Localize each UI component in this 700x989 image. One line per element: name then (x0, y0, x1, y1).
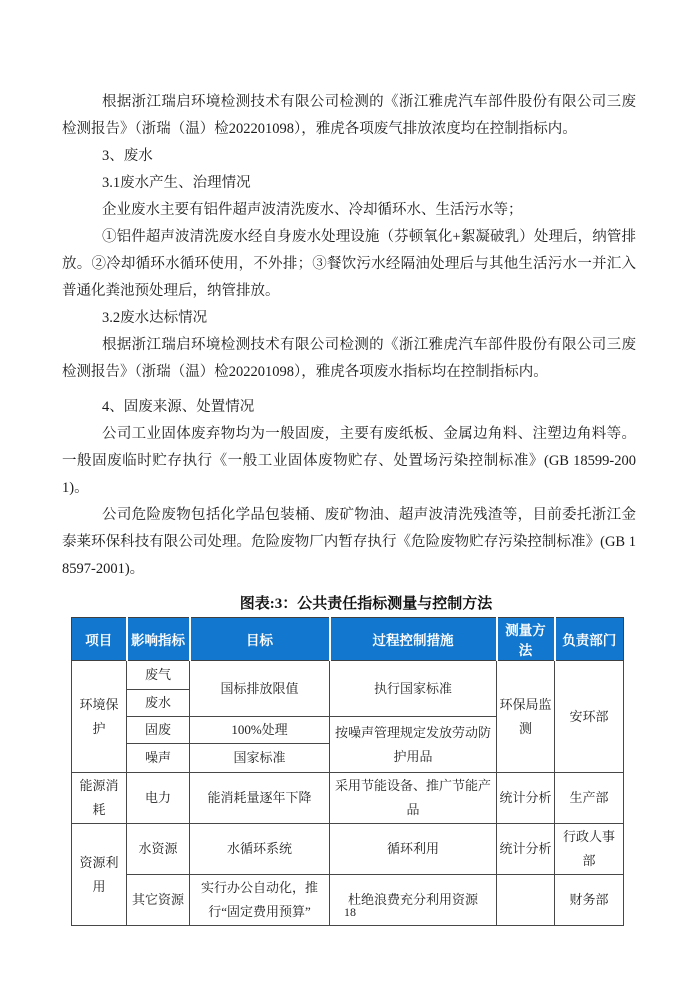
header-cell-measurement-method: 测量方法 (497, 618, 555, 661)
table-cell-target: 能消耗量逐年下降 (190, 773, 330, 824)
paragraph-gas-report: 根据浙江瑞启环境检测技术有限公司检测的《浙江雅虎汽车部件股份有限公司三废检测报告… (62, 89, 636, 143)
table-cell-control: 采用节能设备、推广节能产品 (330, 773, 497, 824)
table-cell-department: 安环部 (555, 661, 624, 773)
table-cell-project: 环境保护 (72, 661, 127, 773)
table-cell-indicator: 废气 (127, 661, 190, 690)
paragraph-wastewater-handling: ①铝件超声波清洗废水经自身废水处理设施（芬顿氧化+絮凝破乳）处理后，纳管排放。②… (62, 224, 636, 305)
table-cell-indicator: 水资源 (127, 824, 190, 875)
table-cell-project: 能源消耗 (72, 773, 127, 824)
header-cell-process-control: 过程控制措施 (330, 618, 497, 661)
paragraph-general-solid-waste: 公司工业固体废弃物均为一般固废，主要有废纸板、金属边角料、注塑边角料等。一般固废… (62, 421, 636, 502)
header-cell-target: 目标 (190, 618, 330, 661)
heading-wastewater-treatment: 3.1废水产生、治理情况 (62, 170, 636, 197)
table-cell-target: 国家标准 (190, 744, 330, 773)
paragraph-wastewater-types: 企业废水主要有铝件超声波清洗废水、冷却循环水、生活污水等； (62, 197, 636, 224)
paragraph-wastewater-report: 根据浙江瑞启环境检测技术有限公司检测的《浙江雅虎汽车部件股份有限公司三废检测报告… (62, 332, 636, 386)
table-cell-control: 按噪声管理规定发放劳动防护用品 (330, 717, 497, 773)
heading-solid-waste: 4、固废来源、处置情况 (62, 394, 636, 421)
table-row: 资源利用 水资源 水循环系统 循环利用 统计分析 行政人事部 (72, 824, 624, 875)
document-body: 根据浙江瑞启环境检测技术有限公司检测的《浙江雅虎汽车部件股份有限公司三废检测报告… (62, 89, 636, 583)
table-cell-indicator: 固废 (127, 717, 190, 744)
table-row: 环境保护 废气 国标排放限值 执行国家标准 环保局监测 安环部 (72, 661, 624, 690)
public-responsibility-table: 项目 影响指标 目标 过程控制措施 测量方法 负责部门 环境保护 废气 国标排放… (71, 617, 624, 926)
table-cell-department: 行政人事部 (555, 824, 624, 875)
table-cell-control: 循环利用 (330, 824, 497, 875)
table-cell-control: 执行国家标准 (330, 661, 497, 717)
header-cell-project: 项目 (72, 618, 127, 661)
heading-wastewater: 3、废水 (62, 143, 636, 170)
heading-wastewater-compliance: 3.2废水达标情况 (62, 305, 636, 332)
table-cell-department: 生产部 (555, 773, 624, 824)
table-header-row: 项目 影响指标 目标 过程控制措施 测量方法 负责部门 (72, 618, 624, 661)
table-cell-measurement: 统计分析 (497, 824, 555, 875)
page-number: 18 (0, 905, 700, 920)
table-cell-indicator: 噪声 (127, 744, 190, 773)
table-cell-target: 水循环系统 (190, 824, 330, 875)
table-cell-measurement: 环保局监测 (497, 661, 555, 773)
document-page: 根据浙江瑞启环境检测技术有限公司检测的《浙江雅虎汽车部件股份有限公司三废检测报告… (0, 0, 700, 989)
table-row: 能源消耗 电力 能消耗量逐年下降 采用节能设备、推广节能产品 统计分析 生产部 (72, 773, 624, 824)
table-title: 图表:3：公共责任指标测量与控制方法 (32, 592, 700, 613)
table-cell-measurement: 统计分析 (497, 773, 555, 824)
table-cell-target: 100%处理 (190, 717, 330, 744)
header-cell-responsible-dept: 负责部门 (555, 618, 624, 661)
table-cell-target: 国标排放限值 (190, 661, 330, 717)
table-cell-indicator: 废水 (127, 690, 190, 717)
table-cell-indicator: 电力 (127, 773, 190, 824)
paragraph-hazardous-waste: 公司危险废物包括化学品包装桶、废矿物油、超声波清洗残渣等，目前委托浙江金泰莱环保… (62, 502, 636, 583)
header-cell-impact-indicator: 影响指标 (127, 618, 190, 661)
